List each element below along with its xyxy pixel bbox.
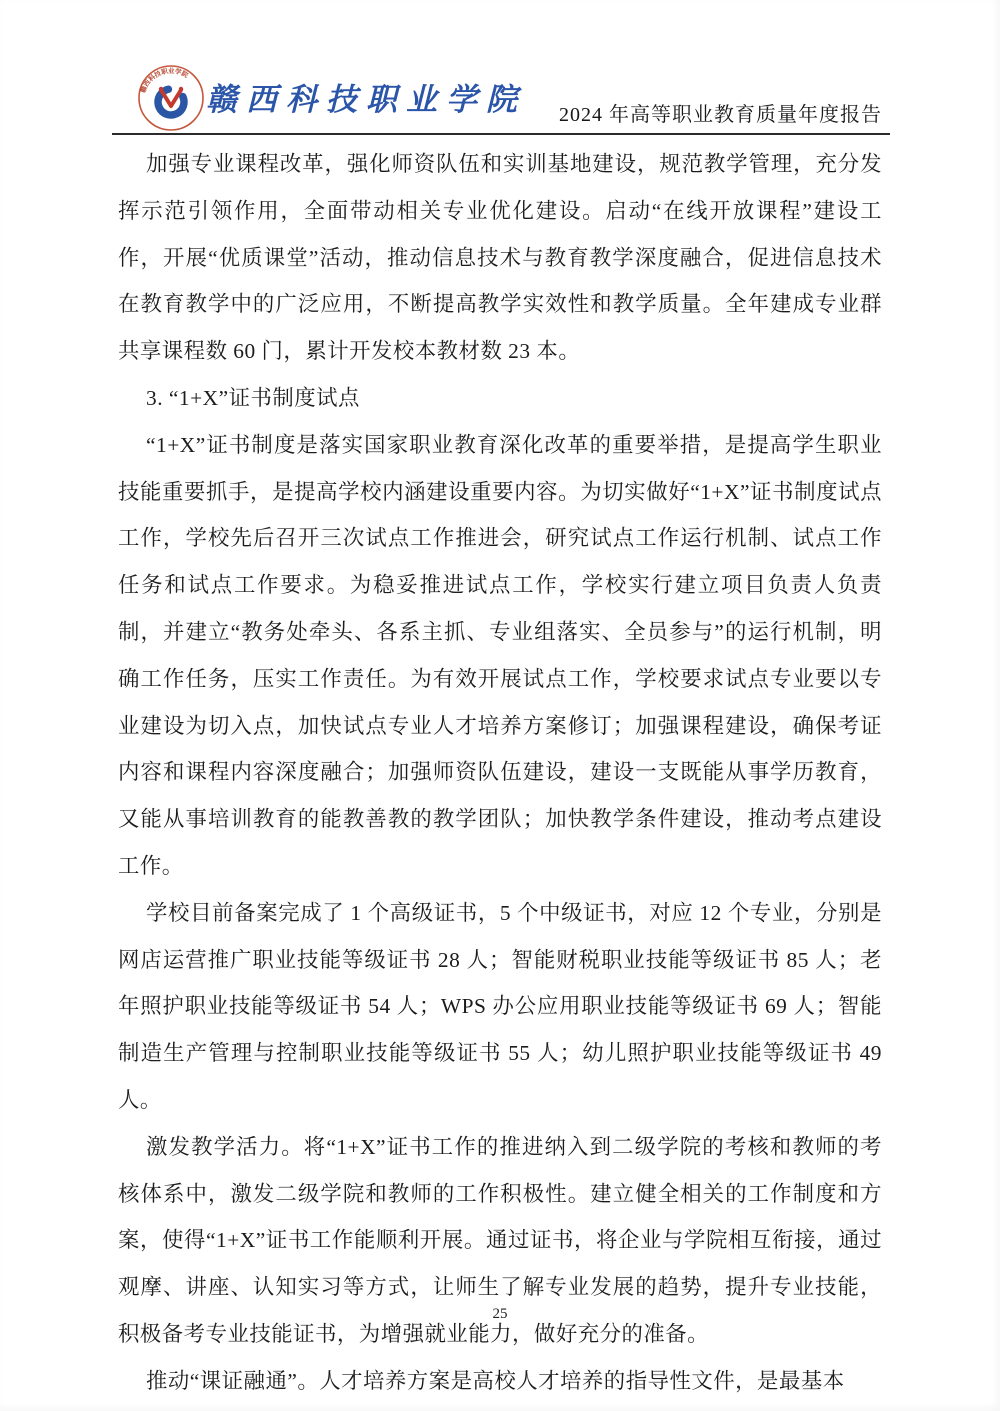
page-header: 赣西科技职业学院 赣西科技职业学院 2024 年高等职业教育质量年度报告 (112, 0, 890, 135)
school-emblem-icon: 赣西科技职业学院 (136, 62, 206, 132)
page-number: 25 (0, 1306, 1000, 1323)
report-title: 2024 年高等职业教育质量年度报告 (559, 98, 882, 127)
document-page: 赣西科技职业学院 赣西科技职业学院 2024 年高等职业教育质量年度报告 加强专… (0, 0, 1000, 1411)
paragraph-course-cert-integration: 推动“课证融通”。人才培养方案是高校人才培养的指导性文件，是最基本 (118, 1358, 882, 1405)
section-heading-1plusx-certificate: 3. “1+X”证书制度试点 (118, 375, 882, 422)
paragraph-1plusx-policy: “1+X”证书制度是落实国家职业教育深化改革的重要举措，是提高学生职业技能重要抓… (118, 422, 882, 890)
school-name: 赣西科技职业学院 (206, 74, 526, 119)
paragraph-certificate-statistics: 学校目前备案完成了 1 个高级证书，5 个中级证书，对应 12 个专业，分别是网… (118, 890, 882, 1124)
document-body: 加强专业课程改革，强化师资队伍和实训基地建设，规范教学管理，充分发挥示范引领作用… (118, 135, 882, 1405)
paragraph-curriculum-reform: 加强专业课程改革，强化师资队伍和实训基地建设，规范教学管理，充分发挥示范引领作用… (118, 141, 882, 375)
